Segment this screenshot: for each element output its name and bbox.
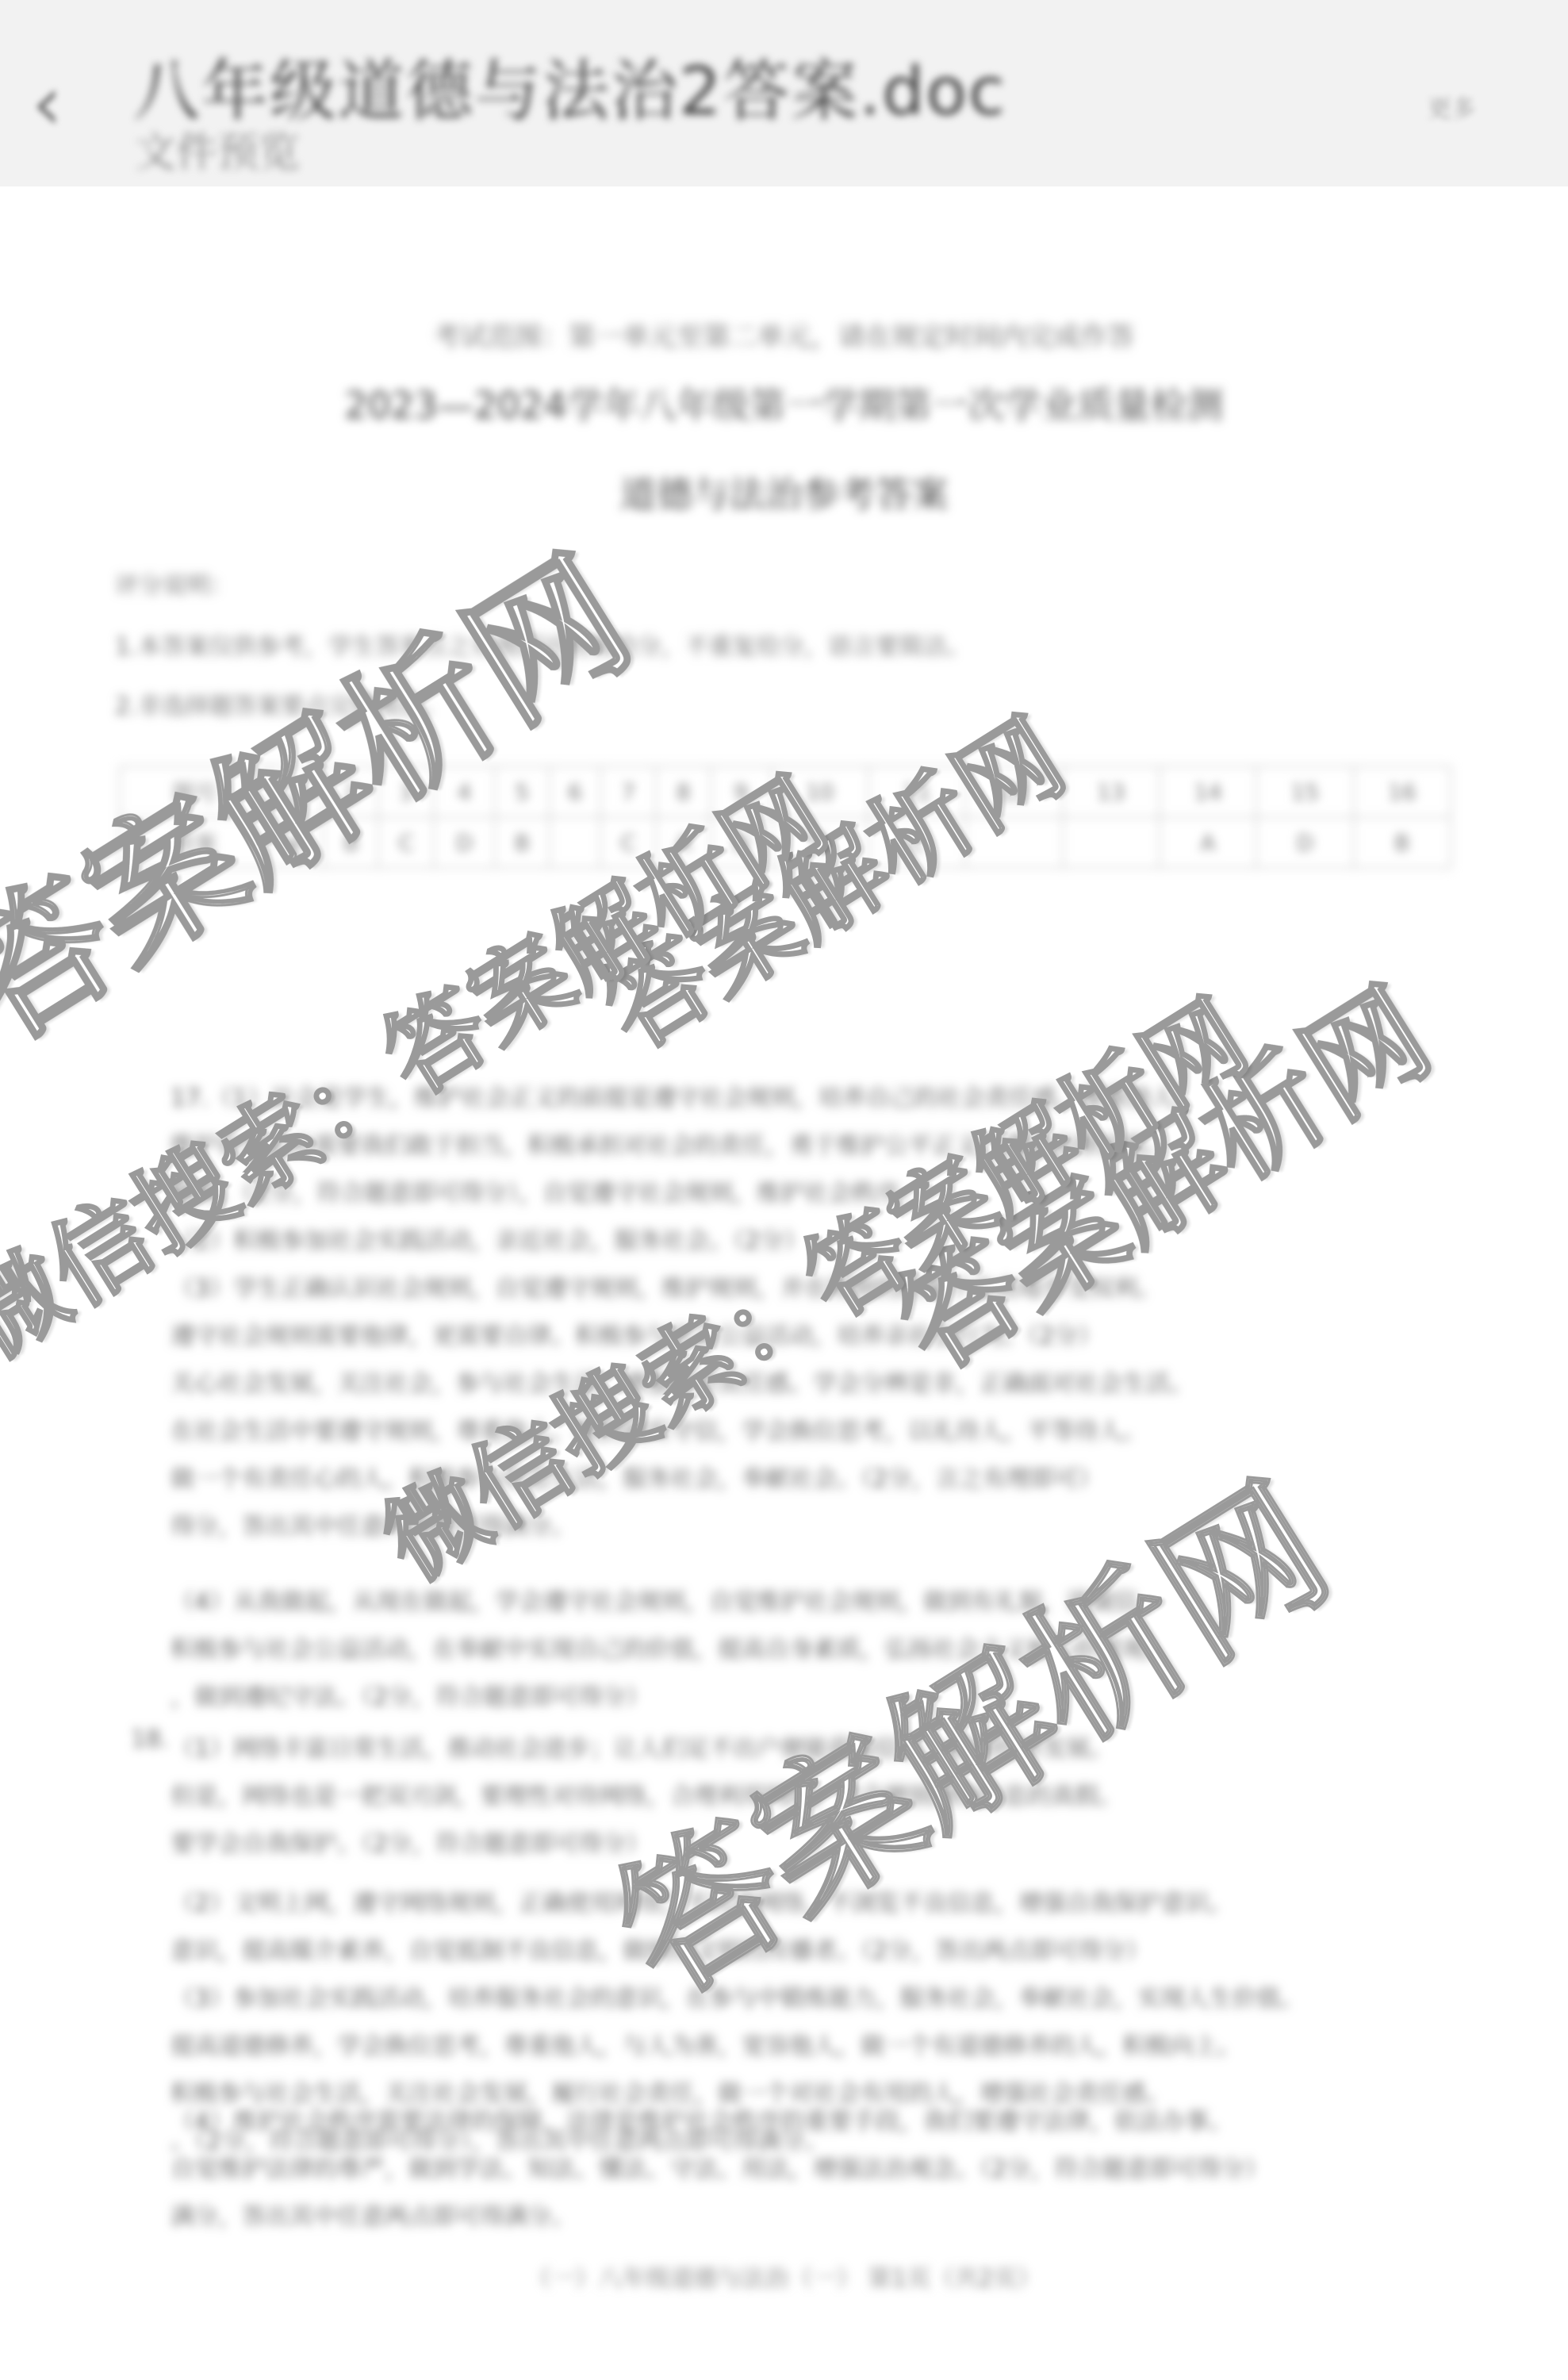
text-line: 做一个有责任心的人，积极参与社会生活，服务社会，奉献社会。（2分，言之有理即可） xyxy=(171,1456,1455,1503)
text-line: （4）从我做起，从现在做起，学会遵守社会规则，自觉维护社会规则，做到有礼貌，讲诚… xyxy=(171,1579,1455,1626)
table-cell: 13 xyxy=(1063,766,1160,817)
text-line: 关心社会发展，关注社会，参与社会生活，增强社会责任感。学会分辨是非，正确面对社会… xyxy=(171,1361,1455,1408)
text-line: 意识，提高媒介素养，自觉抵制不良信息，做网络文明的传播者。（2分，答出两点即可得… xyxy=(171,1928,1455,1975)
row-label: 答案 xyxy=(120,817,270,868)
table-cell xyxy=(965,817,1062,868)
text-line: ，做到遵纪守法。（2分，符合题意即可得分） xyxy=(171,1674,1455,1722)
answer-section: （1）网络丰富日常生活，推动社会进步；让人们足不出户便能获取信息，促进经济发展。… xyxy=(171,1725,1455,1868)
table-cell: C xyxy=(378,817,434,868)
text-line: 提高道德修养，学会换位思考，尊重他人，与人为善，宽容他人，做一个有道德修养的人，… xyxy=(171,2023,1455,2071)
text-line: 积极参与社会公益活动，在奉献中实现自己的价值，提高自身素质，弘扬社会主义核心价值… xyxy=(171,1626,1455,1674)
table-cell: 4 xyxy=(434,766,495,817)
table-cell: 11 xyxy=(868,766,965,817)
text-line: （1）网络丰富日常生活，推动社会进步；让人们足不出户便能获取信息，促进经济发展。 xyxy=(171,1725,1455,1773)
text-line: （3）学生正确认识社会规则，自觉遵守规则，维护规则，并在规则的约束下自由地享受权… xyxy=(171,1265,1455,1313)
table-cell: B xyxy=(772,817,868,868)
answer-table: 题号12345678910111213141516答案ABCDBCADBCADB xyxy=(119,766,1451,869)
table-cell: 3 xyxy=(378,766,434,817)
document-header-line: 考试范围：第一单元至第二单元，请在规定时间内完成作答 xyxy=(0,315,1568,354)
chevron-left-icon[interactable]: ‹ xyxy=(32,63,87,143)
text-line: 满分，答出其中任意两点即可得满分。 xyxy=(171,2194,1455,2241)
table-cell xyxy=(1063,817,1160,868)
table-cell: B xyxy=(495,817,550,868)
table-cell: 16 xyxy=(1354,766,1451,817)
table-row: 题号12345678910111213141516 xyxy=(120,766,1451,817)
text-line: 17.（1）社会是学生，维护社会正义的前提是遵守社会规则，培养自己的社会责任感，… xyxy=(171,1075,1455,1123)
document-subtitle: 文件预览 xyxy=(135,119,300,178)
table-cell: B xyxy=(1354,817,1451,868)
note-line: 2.非选择题答案要点完整规范。 xyxy=(115,686,447,721)
table-cell: 7 xyxy=(600,766,656,817)
answer-section: （4）维护社会秩序需要法律的保障，法律是维护社会秩序的重要手段，我们要遵守法律，… xyxy=(171,2098,1455,2241)
text-line: 维护社会正义需要我们敢于担当，积极承担对社会的责任，勇于维护公平正义，遵守法律法… xyxy=(171,1123,1455,1170)
text-line: （2）积极参加社会实践活动，亲近社会，服务社会。（2分） xyxy=(171,1218,1455,1265)
more-button[interactable]: 更多 xyxy=(1428,89,1475,124)
text-line: 在社会生活中要遵守规则，尊重他人，做到诚实守信，学会换位思考，以礼待人，平等待人… xyxy=(171,1408,1455,1456)
table-cell: 2 xyxy=(324,766,378,817)
text-line: 但是，网络也是一把双刃剑，要理性对待网络，合理利用网络，学会辨别网络信息的真假。 xyxy=(171,1773,1455,1821)
table-cell: B xyxy=(324,817,378,868)
table-cell: 9 xyxy=(711,766,772,817)
table-cell: D xyxy=(434,817,495,868)
exam-title: 2023—2024学年八年级第一学期第一次学业质量检测 xyxy=(0,377,1568,429)
table-cell: 12 xyxy=(965,766,1062,817)
table-cell: C xyxy=(600,817,656,868)
answer-section: （4）从我做起，从现在做起，学会遵守社会规则，自觉维护社会规则，做到有礼貌，讲诚… xyxy=(171,1579,1455,1722)
table-row: 答案ABCDBCADBCADB xyxy=(120,817,1451,868)
text-line: 遵守社会规则需要他律，更需要自律。积极参与社会公益活动，培养亲社会行为。（2分） xyxy=(171,1313,1455,1361)
table-cell: C xyxy=(868,817,965,868)
question-number: 18. xyxy=(131,1725,169,1753)
text-line: 要学会自我保护。（2分，符合题意即可得分） xyxy=(171,1821,1455,1868)
text-line: （2）文明上网，遵守网络规则，正确使用网络，不沉迷网络，不浏览不良信息，增强自我… xyxy=(171,1880,1455,1928)
table-cell: 6 xyxy=(550,766,600,817)
top-bar: ‹ 八年级道德与法治2答案.doc 文件预览 更多 xyxy=(0,0,1568,186)
page-footer: （一）八年级道德与法治（一） 第1页（共2页） xyxy=(0,2259,1568,2294)
subject-title: 道德与法治参考答案 xyxy=(0,466,1568,518)
table-cell: 5 xyxy=(495,766,550,817)
text-line: （3）参加社会实践活动，培养服务社会的意识，在参与中锻炼能力，服务社会，奉献社会… xyxy=(171,1975,1455,2023)
table-cell: A xyxy=(656,817,711,868)
note-line: 评分说明： xyxy=(115,566,234,601)
answer-section: 17.（1）社会是学生，维护社会正义的前提是遵守社会规则，培养自己的社会责任感，… xyxy=(171,1075,1455,1551)
table-cell: 1 xyxy=(270,766,324,817)
note-line: 1.本答案仅供参考，学生答案言之有理即可酌情给分，不重复给分，语言要简洁。 xyxy=(115,627,971,662)
table-cell: 10 xyxy=(772,766,868,817)
table-cell: D xyxy=(711,817,772,868)
text-line: （4）维护社会秩序需要法律的保障，法律是维护社会秩序的重要手段，我们要遵守法律，… xyxy=(171,2098,1455,2146)
table-cell: 14 xyxy=(1160,766,1256,817)
row-label: 题号 xyxy=(120,766,270,817)
table-cell: 8 xyxy=(656,766,711,817)
text-line: 得分，答出其中任意两点即可得满分。 xyxy=(171,1503,1455,1551)
document-page[interactable]: 考试范围：第一单元至第二单元，请在规定时间内完成作答 2023—2024学年八年… xyxy=(0,186,1568,2380)
table-cell: 15 xyxy=(1256,766,1353,817)
text-line: 自觉维护法律的尊严，做到学法、知法、懂法、守法、用法，增强法治观念。（2分，符合… xyxy=(171,2146,1455,2194)
table-cell: D xyxy=(1256,817,1353,868)
table-cell: A xyxy=(270,817,324,868)
table-cell: A xyxy=(1160,817,1256,868)
table-cell xyxy=(550,817,600,868)
text-line: 规则。（2分，符合题意即可得分），自觉遵守社会规则，维护社会秩序。 xyxy=(171,1170,1455,1218)
